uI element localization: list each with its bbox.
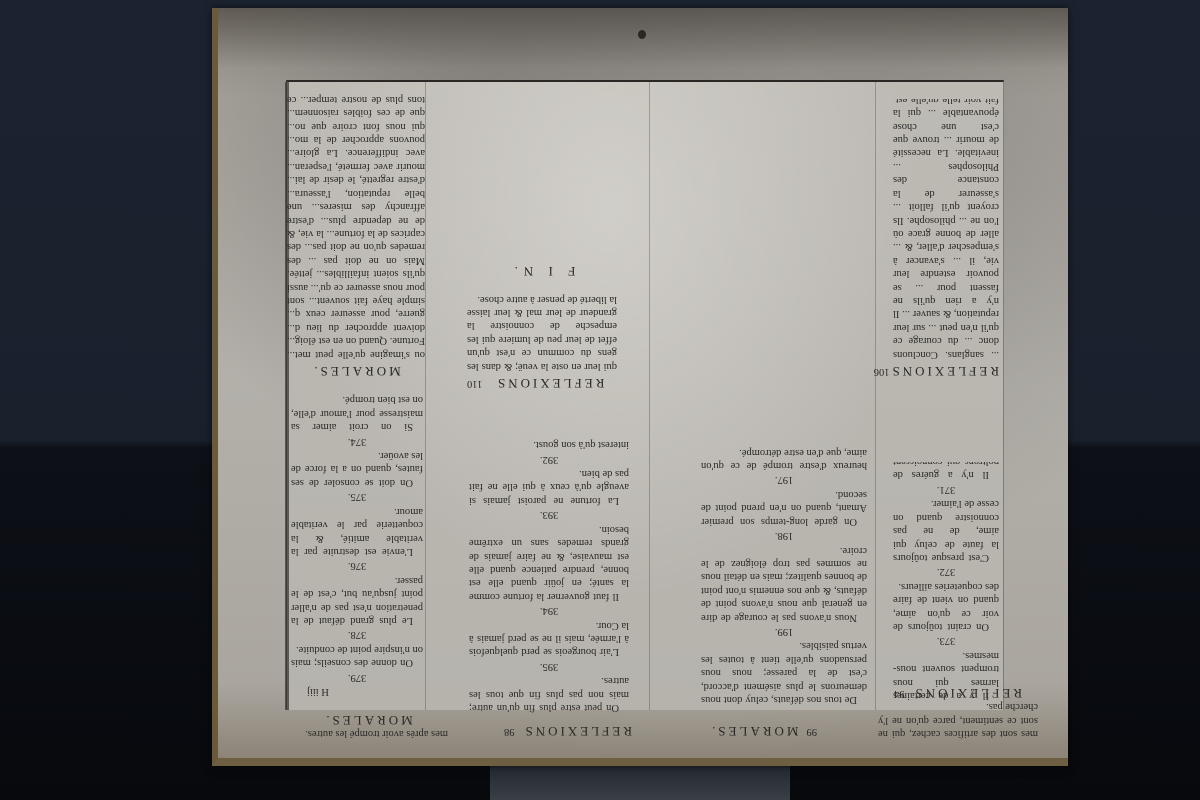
paragraph-list: On peut estre plus fin qu'un autre; mais… <box>469 438 629 714</box>
page-right-upper: REFLEXIONS 106 ... sanglans. Concluons d… <box>893 88 999 378</box>
page-text: ou s'imagine qu'elle peut met... Fortune… <box>287 91 425 361</box>
display-stand <box>490 760 790 800</box>
page-footer-left: mes après avoir trompé les autres. MORAL… <box>288 700 448 740</box>
paragraph-list: De tous nos défauts, celuy dont nous dem… <box>701 445 867 706</box>
paragraph-list: Il y a de certaines larmes qui nous trom… <box>893 462 999 702</box>
page-number: 106 <box>874 361 890 378</box>
signature-mark: H iiij <box>291 685 423 698</box>
finis-mark: F I N. <box>467 265 617 278</box>
page-fold <box>649 82 650 710</box>
aged-board: MORALES. ou s'imagine qu'elle peut met..… <box>212 8 1068 766</box>
page-center-left-upper: REFLEXIONS 110 qui leur en oste la veuë;… <box>467 250 617 390</box>
nail-hole <box>638 30 646 39</box>
page-right-lower: Il y a de certaines larmes qui nous trom… <box>893 462 999 702</box>
page-center-right: De tous nos défauts, celuy dont nous dem… <box>701 466 867 706</box>
page-fold <box>425 82 426 710</box>
page-footer-center-right: 99 MORALES. <box>688 708 838 738</box>
page-left-lower: H iiij 379. On donne des conseils; mais … <box>291 462 423 702</box>
page-text: qui leur en oste la veuë; & dans les gen… <box>467 292 617 372</box>
page-number: 110 <box>467 373 482 390</box>
pasted-book-sheet: MORALES. ou s'imagine qu'elle peut met..… <box>286 80 1004 710</box>
page-text: ... sanglans. Concluons donc ... du cour… <box>893 99 999 361</box>
paragraph-list: 379. On donne des conseils; mais on n'in… <box>291 393 423 684</box>
page-left-upper: MORALES. ou s'imagine qu'elle peut met..… <box>287 88 425 378</box>
page-footer-right: mes sont des artifices cachez, qui ne so… <box>878 700 1038 740</box>
page-footer-center-left: REFLEXIONS 98 <box>478 708 658 738</box>
page-fold <box>875 82 876 710</box>
page-center-left-lower: On peut estre plus fin qu'un autre; mais… <box>469 474 629 714</box>
